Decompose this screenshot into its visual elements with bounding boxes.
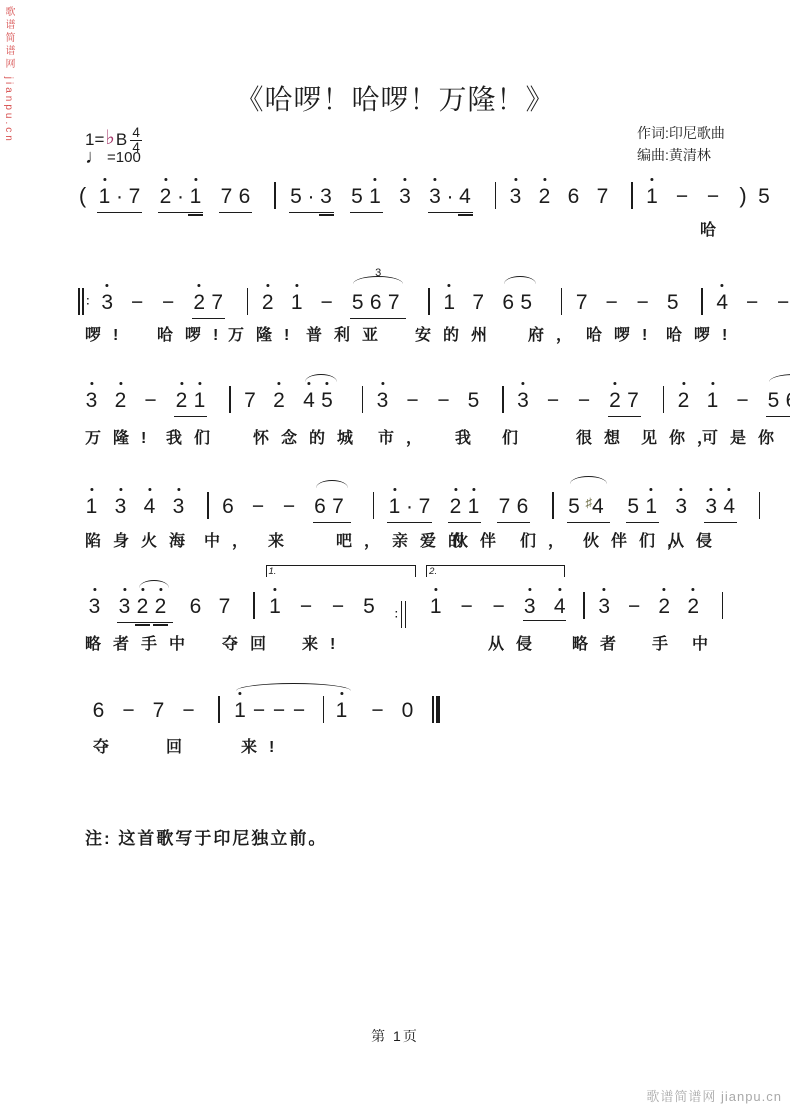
note: 3 <box>598 593 611 620</box>
song-title: 《哈啰！哈啰！万隆！》 <box>0 78 790 118</box>
note-group: 27 <box>192 289 225 319</box>
note-number: 6 <box>370 291 382 314</box>
note-number: 3 <box>89 595 101 618</box>
lyric-syllable: 伙伴 <box>452 531 508 553</box>
octave-dot <box>543 178 546 181</box>
lyric-syllable: 回 <box>166 737 194 759</box>
lyricist-credit: 作词:印尼歌曲 <box>637 122 725 144</box>
note-number: 1 <box>389 495 401 518</box>
note-number: 1 <box>443 291 455 314</box>
duration-dash: − <box>292 697 307 724</box>
note-group: 3·4 <box>428 183 473 213</box>
duration-dash: − <box>319 289 334 316</box>
note-number: 2 <box>609 389 621 412</box>
lyric-syllable: 来! <box>302 634 347 656</box>
note-number: 1 <box>645 495 657 518</box>
note: 5 <box>351 183 364 210</box>
note: 6 <box>369 289 382 316</box>
octave-dot <box>119 488 122 491</box>
octave-dot <box>514 178 517 181</box>
lyrics-line-2: 啰!哈啰!万隆!普利亚安的州府，哈啰!哈啰! <box>0 325 790 347</box>
note: 3 <box>517 387 530 414</box>
note-number: 2 <box>176 389 188 412</box>
barline <box>583 592 585 619</box>
note-number: 5 <box>351 185 363 208</box>
note-number: 1 <box>369 185 381 208</box>
octave-dot <box>680 488 683 491</box>
note-group: 34 <box>523 593 566 621</box>
note: 1 <box>388 493 401 520</box>
lyric-syllable: 我们 <box>166 428 222 450</box>
note: 4 <box>553 593 566 620</box>
note-group: 76 <box>497 493 530 523</box>
note-number: 1 <box>269 595 281 618</box>
volta-bracket: 1. <box>266 565 417 577</box>
lyric-syllable: 从侵 <box>488 634 544 656</box>
note-number: 2 <box>658 595 670 618</box>
barline <box>362 386 364 413</box>
note-number: 7 <box>472 291 484 314</box>
lyric-syllable: 怀念的城 <box>253 428 365 450</box>
barline <box>701 288 703 315</box>
duration-underline-2 <box>135 624 150 626</box>
quarter-note-icon: ♩ <box>85 146 105 169</box>
note: 4 <box>723 493 736 520</box>
note: 5 <box>351 289 364 316</box>
note: 7 <box>152 697 165 724</box>
octave-dot <box>148 488 151 491</box>
duration-dash: − <box>121 697 136 724</box>
note: 1 <box>369 183 382 210</box>
note-number: 4 <box>723 495 735 518</box>
octave-dot <box>103 178 106 181</box>
note: 7 <box>128 183 141 210</box>
lyric-syllable: 很想 <box>576 428 632 450</box>
note-number: 2 <box>678 389 690 412</box>
note: 6 <box>516 493 529 520</box>
duration-dash: − <box>776 289 790 316</box>
note: 2 <box>658 593 671 620</box>
note-number: 5 <box>627 495 639 518</box>
octave-dot <box>93 588 96 591</box>
duration-dash: − <box>252 697 267 724</box>
lyric-syllable: 万隆! <box>228 325 301 347</box>
note-number: 6 <box>502 291 514 314</box>
note-number: 3 <box>675 495 687 518</box>
footnote: 注: 这首歌写于印尼独立前。 <box>85 824 327 849</box>
duration-underline-2 <box>153 624 168 626</box>
duration-dash: − <box>546 387 561 414</box>
octave-dot <box>603 588 606 591</box>
note-number: 7 <box>576 291 588 314</box>
slur-arc <box>139 580 169 590</box>
note-group: 21 <box>174 387 207 417</box>
octave-dot <box>393 488 396 491</box>
note: 2 <box>677 387 690 414</box>
note-number: 5 <box>768 389 780 412</box>
barline <box>274 182 276 209</box>
note-number: 1 <box>194 389 206 412</box>
note: 2 <box>609 387 622 414</box>
note-number: 2 <box>450 495 462 518</box>
note: 6 <box>314 493 327 520</box>
volta-label: 2. <box>429 567 437 577</box>
music-line-6: 6−7−1−−−1−0 <box>92 696 451 728</box>
note: 1 <box>429 593 442 620</box>
bar-stroke <box>82 288 84 315</box>
note-number: 4 <box>144 495 156 518</box>
note-number: 1 <box>468 495 480 518</box>
note: 1 <box>85 493 98 520</box>
note-number: 7 <box>219 595 231 618</box>
lyrics-line-4: 陷身火海中，来吧，亲爱的伙伴们，伙伴们，从侵 <box>0 531 790 553</box>
duration-dash: − <box>745 289 760 316</box>
note-number: 7 <box>499 495 511 518</box>
note-number: 2 <box>193 291 205 314</box>
note: 6 <box>238 183 251 210</box>
note-number: 7 <box>332 495 344 518</box>
slur-arc <box>504 276 536 286</box>
note-group: 45 <box>302 387 340 414</box>
note-number: 3 <box>377 389 389 412</box>
note-number: 6 <box>93 699 105 722</box>
note-number: 2 <box>115 389 127 412</box>
octave-dot <box>198 284 201 287</box>
note: 2 <box>154 593 167 620</box>
music-line-4: 13436−−671·721765♯451334 <box>85 489 773 521</box>
duration-dash: − <box>491 593 506 620</box>
note: ♯4 <box>586 489 604 520</box>
note-number: 6 <box>314 495 326 518</box>
note: 3 <box>88 593 101 620</box>
octave-dot <box>180 382 183 385</box>
duration-dash: − <box>251 493 266 520</box>
octave-dot <box>194 178 197 181</box>
duration-dash: − <box>675 183 690 210</box>
lyric-syllable: 来! <box>241 737 286 759</box>
note: 7 <box>575 289 588 316</box>
note: 3 <box>172 493 185 520</box>
octave-dot <box>710 488 713 491</box>
note-number: 3 <box>115 495 127 518</box>
octave-dot <box>266 284 269 287</box>
note-number: 5 <box>363 595 375 618</box>
note-number: 2 <box>137 595 149 618</box>
lyric-syllable: 夺 <box>93 737 121 759</box>
note: 5 <box>290 183 303 210</box>
note-number: 3 <box>101 291 113 314</box>
note-number: 1 <box>86 495 98 518</box>
octave-dot <box>106 284 109 287</box>
lyric-syllable: 中 <box>692 634 720 656</box>
note-number: 6 <box>517 495 529 518</box>
note-number: 5 <box>321 389 333 412</box>
note: 7 <box>211 289 224 316</box>
duration-dash: − <box>181 697 196 724</box>
note-number: 1 <box>336 699 348 722</box>
octave-dot <box>682 382 685 385</box>
note-group: 22 <box>136 593 172 620</box>
lyric-syllable: 万隆! <box>85 428 158 450</box>
note: 4 <box>303 387 316 414</box>
lyric-syllable: 哈 <box>700 220 728 242</box>
octave-dot <box>448 284 451 287</box>
bar-stroke <box>78 288 80 315</box>
bar-stroke <box>405 601 407 628</box>
duration-dash: − <box>577 387 592 414</box>
note-number: 2 <box>262 291 274 314</box>
note-number: 7 <box>153 699 165 722</box>
note-number: 3 <box>173 495 185 518</box>
parenthesis: ( <box>76 182 89 209</box>
note-number: 7 <box>129 185 141 208</box>
augmentation-dot: · <box>447 183 454 210</box>
note: 3 <box>523 593 536 620</box>
duration-dash: − <box>735 387 750 414</box>
note-number: 2 <box>160 185 172 208</box>
note: 5 <box>568 493 581 520</box>
note-number: 4 <box>459 185 471 208</box>
note: 5 <box>627 493 640 520</box>
barline <box>207 492 209 519</box>
note: 7 <box>387 289 400 316</box>
note: 5 <box>758 183 771 210</box>
barline <box>218 696 220 723</box>
final-barline <box>432 696 440 723</box>
note-group: 5673 <box>350 289 406 319</box>
tempo-marking: ♩ =100 <box>85 146 141 169</box>
slur-arc <box>570 476 607 486</box>
note: 2 <box>261 289 274 316</box>
note-group: 5♯4 <box>567 489 610 523</box>
octave-dot <box>472 488 475 491</box>
lyric-syllable: 府， <box>528 325 584 347</box>
octave-dot <box>663 588 666 591</box>
duration-dash: − <box>331 593 346 620</box>
note: 7 <box>244 387 257 414</box>
note-number: 1 <box>190 185 202 208</box>
note-group: 51 <box>350 183 383 213</box>
lyric-syllable: 来 <box>268 531 296 553</box>
duration-dash: − <box>130 289 145 316</box>
barline <box>561 288 563 315</box>
lyrics-line-5: 略者手中夺回来!从侵略者手中 <box>0 634 790 656</box>
parenthesis: ) <box>737 182 750 209</box>
note-number: 3 <box>429 185 441 208</box>
note: 5 <box>767 387 780 414</box>
note: 3 <box>101 289 114 316</box>
note: 1 <box>645 493 658 520</box>
note: 5 <box>467 387 480 414</box>
barline <box>722 592 724 619</box>
lyric-syllable: 我 <box>455 428 483 450</box>
octave-dot <box>650 178 653 181</box>
octave-dot <box>90 488 93 491</box>
note: 1 <box>706 387 719 414</box>
note: 1 <box>443 289 456 316</box>
lyric-syllable: 夺回 <box>222 634 278 656</box>
octave-dot <box>198 382 201 385</box>
note-group: 5·3 <box>289 183 334 213</box>
note-number: 4 <box>716 291 728 314</box>
note-number: 3 <box>399 185 411 208</box>
note: 5 <box>666 289 679 316</box>
note: 3 <box>320 183 333 210</box>
note-number: 2 <box>687 595 699 618</box>
lyric-syllable: 啰! <box>85 325 130 347</box>
lyric-syllable: 从侵 <box>668 531 724 553</box>
note-group: 21 <box>448 493 481 523</box>
note: 7 <box>218 593 231 620</box>
note: 6 <box>785 387 790 414</box>
note: 0 <box>401 697 414 724</box>
slur-arc <box>769 374 790 384</box>
note-group: 1·7 <box>387 493 432 523</box>
lyric-syllable: 手 <box>652 634 680 656</box>
sheet-music-page: 歌谱简谱网 jianpu.cn 《哈啰！哈啰！万隆！》 作词:印尼歌曲 编曲:黄… <box>0 0 790 1119</box>
note: 7 <box>418 493 431 520</box>
volta-bracket: 2. <box>426 565 565 577</box>
lyric-syllable: 安的州 <box>415 325 499 347</box>
note-number: 4 <box>592 495 604 518</box>
music-line-5: 3322671−−5∶1.1−−342.3−22 <box>88 592 736 624</box>
music-line-2: ∶3−−2721−567317657−−54−−3♯2 <box>76 285 790 317</box>
barline <box>552 492 554 519</box>
note-group: 51 <box>626 493 659 523</box>
note-number: 5 <box>520 291 532 314</box>
lyric-syllable: 市， <box>378 428 434 450</box>
note-group: 5673 <box>766 387 790 417</box>
note-group: 1−−342. <box>428 593 567 621</box>
barline <box>229 386 231 413</box>
note: 6 <box>567 183 580 210</box>
duration-underline-2 <box>458 214 473 216</box>
duration-dash: − <box>370 697 385 724</box>
lyric-syllable: 中， <box>204 531 260 553</box>
note: 3 <box>399 183 412 210</box>
barline <box>759 492 761 519</box>
note-group: 1−−−1 <box>233 696 355 724</box>
note-number: 5 <box>352 291 364 314</box>
barline <box>428 288 430 315</box>
barline <box>247 288 249 315</box>
duration-dash: − <box>272 697 287 724</box>
note-number: 5 <box>568 495 580 518</box>
music-line-3: 32−2172453−−53−−2721−5673 <box>85 386 790 418</box>
note: 3 <box>118 593 131 620</box>
note: 6 <box>92 697 105 724</box>
note: 2 <box>538 183 551 210</box>
octave-dot <box>433 178 436 181</box>
note: 1 <box>189 183 202 210</box>
volta-label: 1. <box>269 567 277 577</box>
note-number: 7 <box>211 291 223 314</box>
note-number: 7 <box>221 185 233 208</box>
note: 6 <box>222 493 235 520</box>
octave-dot <box>650 488 653 491</box>
lyrics-line-6: 夺回来! <box>0 737 790 759</box>
slur-arc <box>305 374 337 384</box>
barline <box>253 592 255 619</box>
bar-stroke <box>432 696 434 723</box>
slur-arc <box>236 683 352 693</box>
duration-underline-2 <box>188 214 203 216</box>
note-number: 2 <box>539 185 551 208</box>
note: 3 <box>114 493 127 520</box>
duration-dash: − <box>143 387 158 414</box>
lyric-syllable: 普利亚 <box>306 325 390 347</box>
slur-arc <box>316 480 348 490</box>
note: 2 <box>273 387 286 414</box>
note-number: 6 <box>786 389 790 412</box>
note-number: 1 <box>99 185 111 208</box>
page-number: 第 1页 <box>0 1026 790 1046</box>
note: 3 <box>85 387 98 414</box>
note: 4 <box>716 289 729 316</box>
duration-dash: − <box>706 183 721 210</box>
note-number: 1 <box>646 185 658 208</box>
octave-dot <box>692 588 695 591</box>
note: 4 <box>459 183 472 210</box>
meter-numerator: 4 <box>132 126 140 140</box>
barline <box>631 182 633 209</box>
duration-dash: − <box>405 387 420 414</box>
note-number: 3 <box>86 389 98 412</box>
note-group: 1−−5∶1. <box>268 593 419 628</box>
note: 1 <box>269 593 282 620</box>
note-number: 3 <box>517 389 529 412</box>
note: 5 <box>363 593 376 620</box>
duration-underline-2 <box>319 214 334 216</box>
note-group: 27 <box>608 387 641 417</box>
note: 1 <box>193 387 206 414</box>
credits: 作词:印尼歌曲 编曲:黄清林 <box>637 122 725 166</box>
note: 2 <box>193 289 206 316</box>
note: 3 <box>429 183 442 210</box>
note-number: 1 <box>430 595 442 618</box>
lyrics-line-1: 哈 <box>0 220 790 242</box>
note-number: 7 <box>388 291 400 314</box>
note: 5 <box>520 289 533 316</box>
lyric-syllable: 陷身火海 <box>85 531 197 553</box>
note: 1 <box>646 183 659 210</box>
octave-dot <box>381 382 384 385</box>
barline <box>495 182 497 209</box>
arranger-credit: 编曲:黄清林 <box>637 144 725 166</box>
note-number: 1 <box>234 699 246 722</box>
note: 1 <box>290 289 303 316</box>
octave-dot <box>721 284 724 287</box>
note-number: 3 <box>320 185 332 208</box>
note: 7 <box>472 289 485 316</box>
note-number: 3 <box>598 595 610 618</box>
octave-dot <box>711 382 714 385</box>
note-group: 322 <box>117 593 173 623</box>
barline <box>502 386 504 413</box>
duration-dash: − <box>627 593 642 620</box>
duration-dash: − <box>282 493 297 520</box>
lyric-syllable: 哈啰! <box>666 325 739 347</box>
octave-dot <box>177 488 180 491</box>
note: 2 <box>175 387 188 414</box>
lyric-syllable: 哈啰! <box>586 325 659 347</box>
note: 6 <box>502 289 515 316</box>
note-number: 7 <box>597 185 609 208</box>
duration-dash: − <box>459 593 474 620</box>
note-number: 7 <box>419 495 431 518</box>
octave-dot <box>119 382 122 385</box>
duration-dash: − <box>436 387 451 414</box>
